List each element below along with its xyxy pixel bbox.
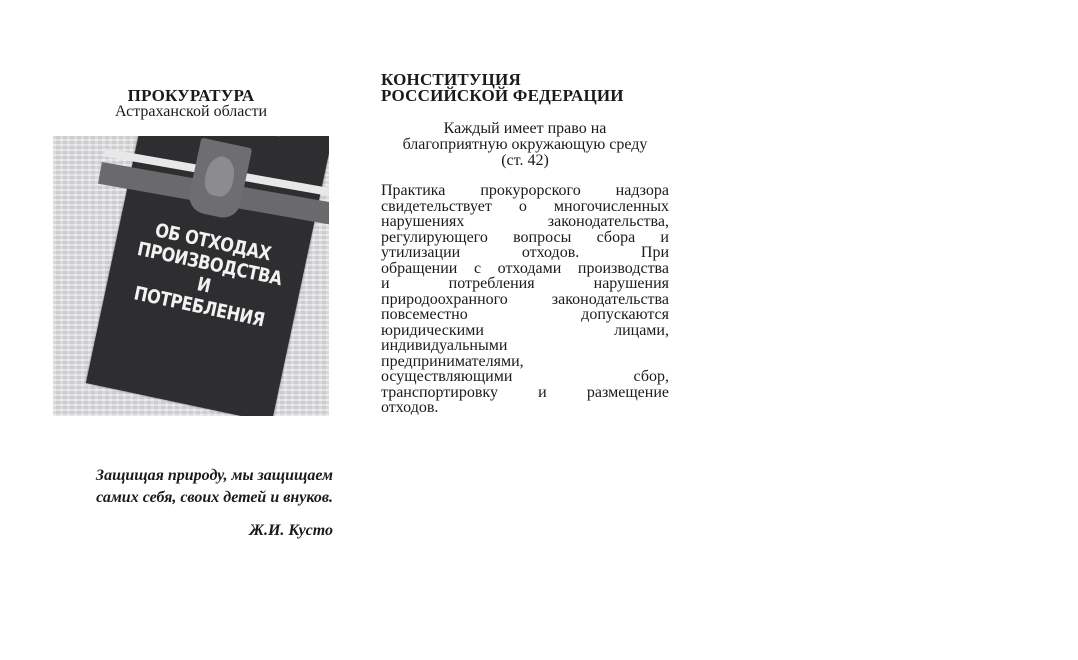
constitution-title: КОНСТИТУЦИЯ РОССИЙСКОЙ ФЕДЕРАЦИИ xyxy=(381,72,681,104)
body-line: юридическими лицами, xyxy=(381,323,669,339)
body-line: регулирующего вопросы сбора и xyxy=(381,230,669,246)
constitution-quote-line: Каждый имеет право на xyxy=(381,121,669,137)
book-title: ОБ ОТХОДАХ ПРОИЗВОДСТВА И ПОТРЕБЛЕНИЯ xyxy=(126,217,286,333)
body-line: природоохранного законодательства xyxy=(381,292,669,308)
quote: Защищая природу, мы защищаем самих себя,… xyxy=(53,465,333,509)
constitution-title-line: РОССИЙСКОЙ ФЕДЕРАЦИИ xyxy=(381,88,681,104)
quote-author: Ж.И. Кусто xyxy=(53,521,333,541)
org-subtitle: Астраханской области xyxy=(53,103,329,120)
body-line: обращении с отходами производства xyxy=(381,261,669,277)
org-title: ПРОКУРАТУРА xyxy=(53,87,329,104)
body-paragraph: Практика прокурорского надзорасвидетельс… xyxy=(381,183,669,416)
constitution-quote: Каждый имеет право на благоприятную окру… xyxy=(381,121,669,169)
constitution-quote-line: благоприятную окружающую среду xyxy=(381,137,669,153)
body-line: свидетельствует о многочисленных xyxy=(381,199,669,215)
quote-line: Защищая природу, мы защищаем xyxy=(53,465,333,487)
body-line: и потребления нарушения xyxy=(381,276,669,292)
body-line: отходов. xyxy=(381,400,669,416)
book-cover-photo: ФЕДЕРАЛЬНЫЙ ЗАКОН ОБ ОТХОДАХ ПРОИЗВОДСТВ… xyxy=(53,136,329,416)
body-line: предпринимателями, xyxy=(381,354,669,370)
quote-line: самих себя, своих детей и внуков. xyxy=(53,487,333,509)
body-line: утилизации отходов. При xyxy=(381,245,669,261)
body-line: транспортировку и размещение xyxy=(381,385,669,401)
body-line: Практика прокурорского надзора xyxy=(381,183,669,199)
body-line: повсеместно допускаются xyxy=(381,307,669,323)
body-line: нарушениях законодательства, xyxy=(381,214,669,230)
book-cover: ФЕДЕРАЛЬНЫЙ ЗАКОН ОБ ОТХОДАХ ПРОИЗВОДСТВ… xyxy=(86,136,329,416)
constitution-quote-line: (ст. 42) xyxy=(381,153,669,169)
body-line: осуществляющими сбор, xyxy=(381,369,669,385)
body-line: индивидуальными xyxy=(381,338,669,354)
